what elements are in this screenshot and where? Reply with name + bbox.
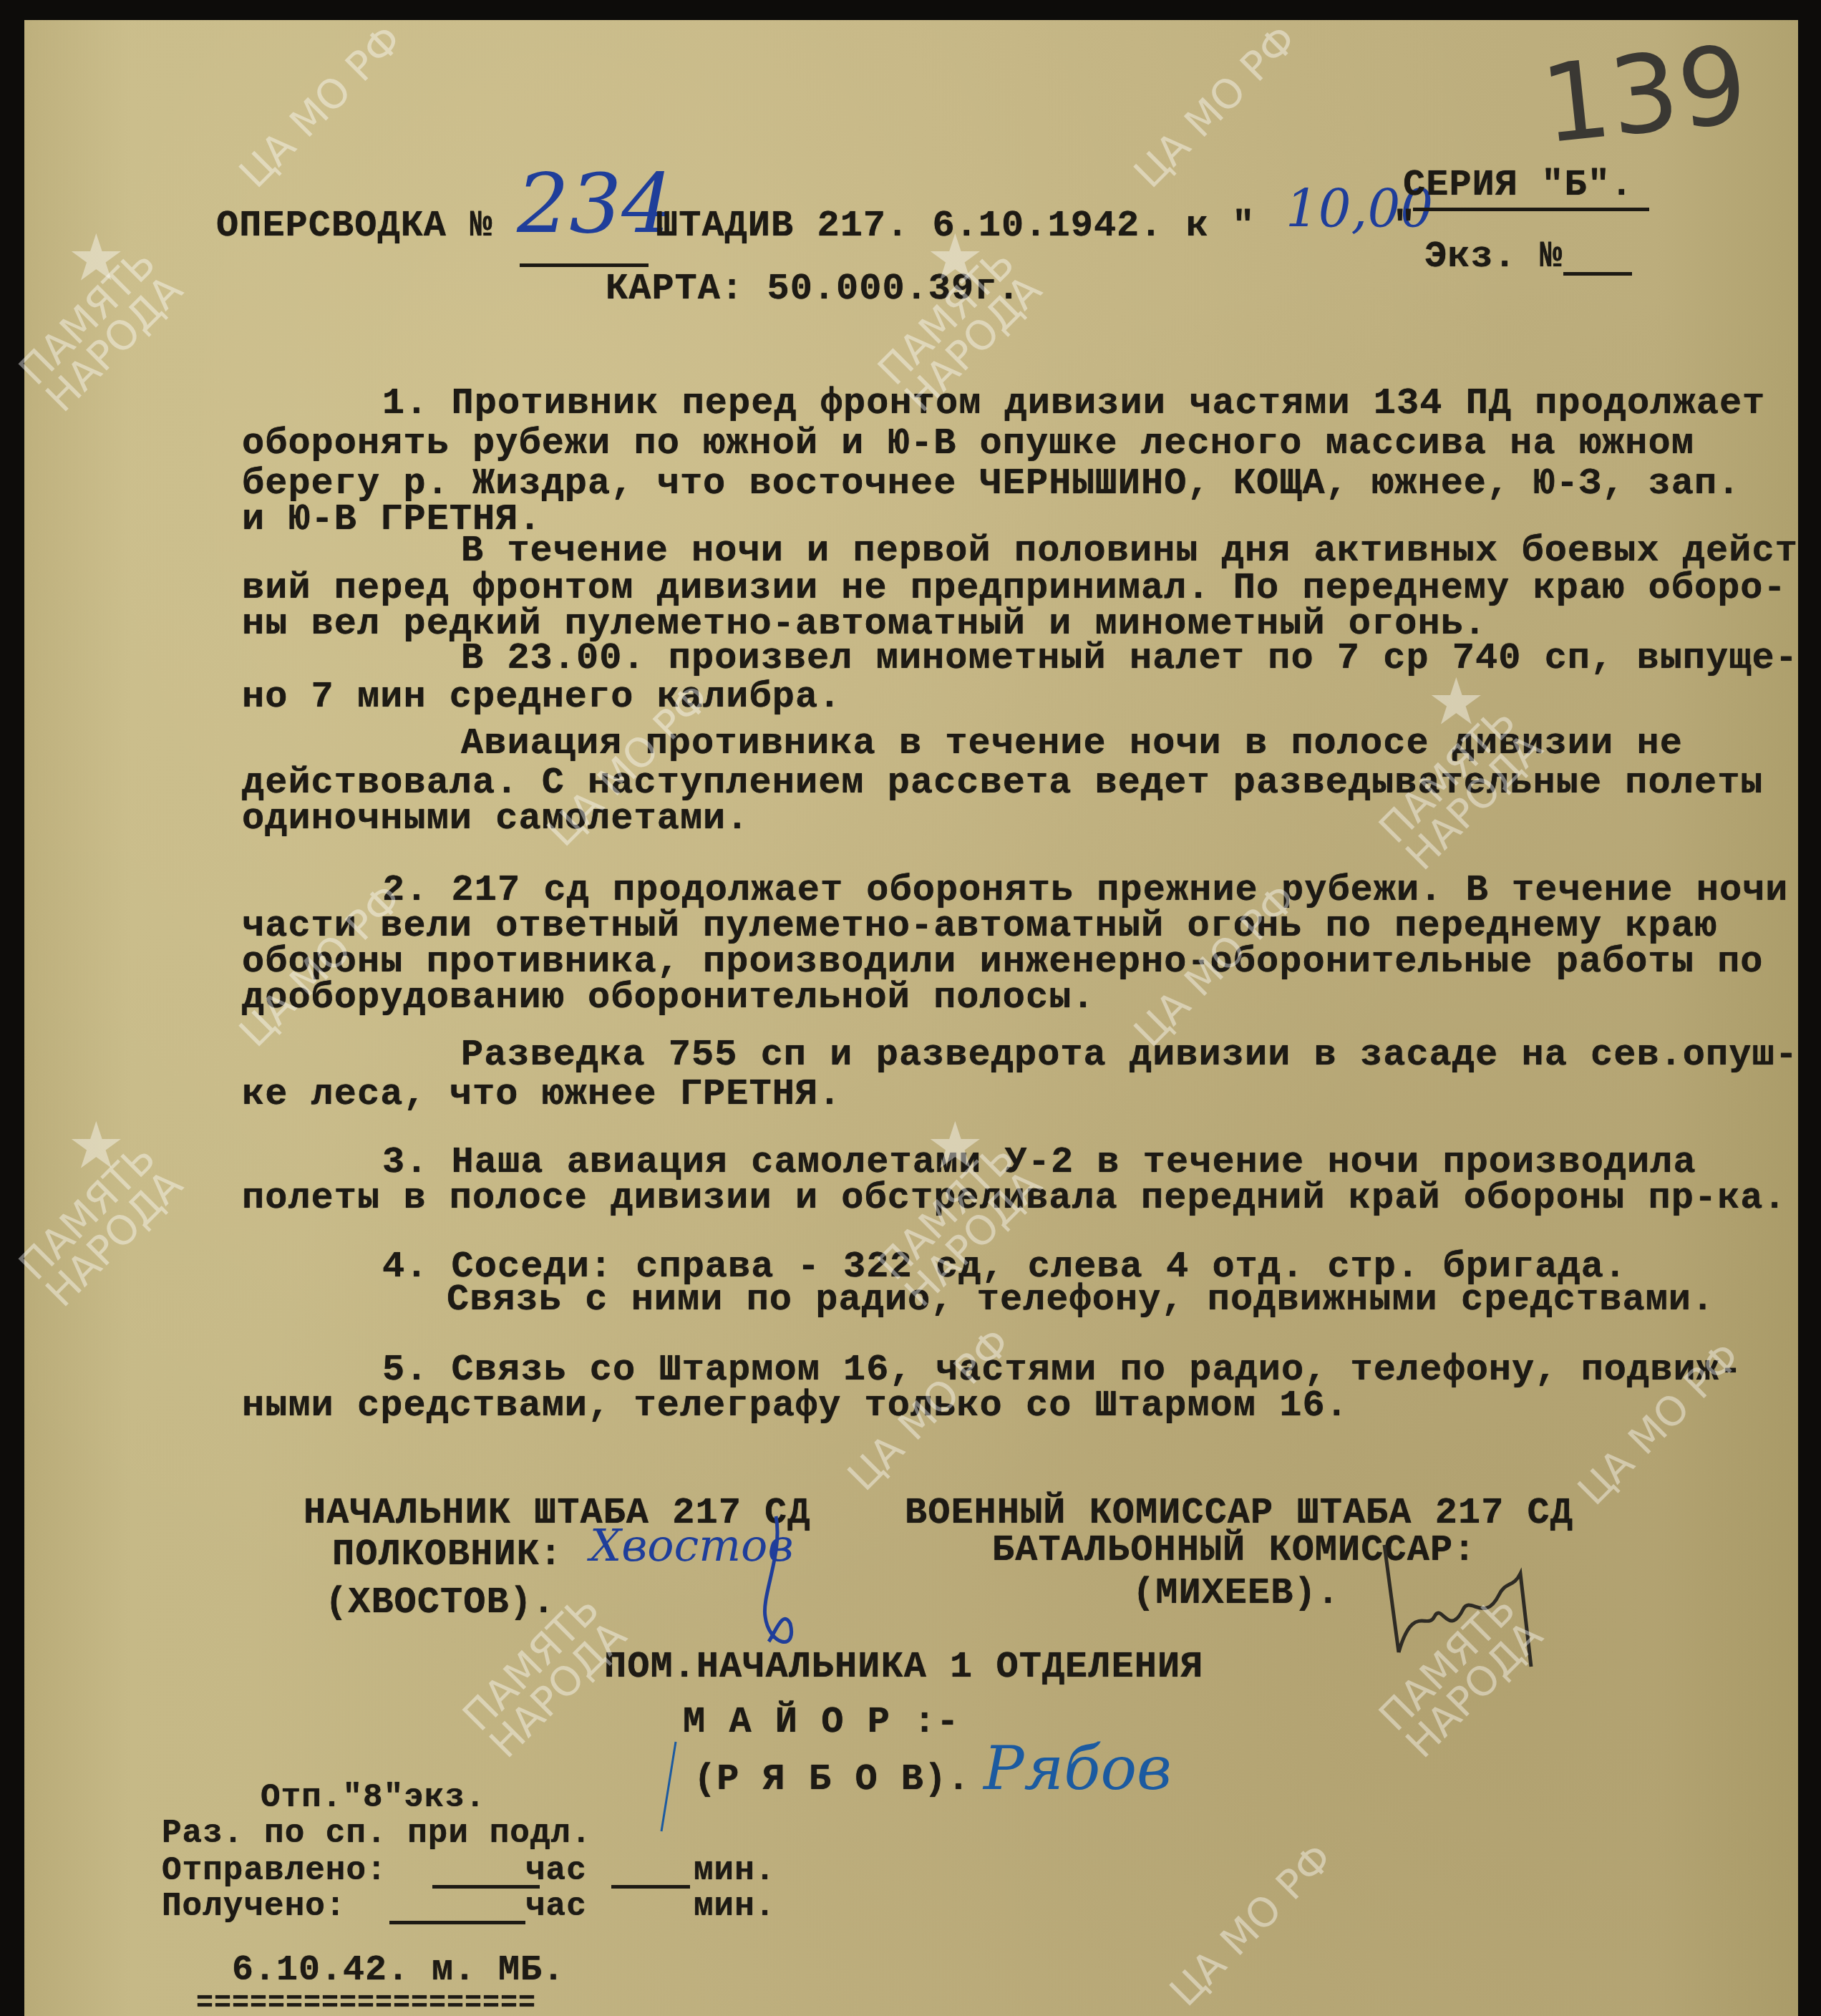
sent-hour-label: час <box>525 1854 587 1887</box>
watermark-archive: ЦА МО РФ <box>1128 19 1303 194</box>
body-line: оборонять рубежи по южной и Ю-В опушке л… <box>242 425 1694 462</box>
received-label: Получено: <box>162 1890 346 1923</box>
received-hour-label: час <box>525 1890 587 1923</box>
copies-count: Отп."8"экз. <box>261 1781 486 1814</box>
body-line: берегу р. Жиздра, что восточнее ЧЕРНЫШИН… <box>242 465 1740 503</box>
body-line: одиночными самолетами. <box>242 800 749 838</box>
signatory-center-title: ПОМ.НАЧАЛЬНИКА 1 ОТДЕЛЕНИЯ <box>604 1649 1203 1686</box>
body-line: ке леса, что южнее ГРЕТНЯ. <box>242 1076 841 1113</box>
page-number: 139 <box>1537 31 1752 159</box>
body-line: дооборудованию оборонительной полосы. <box>242 979 1095 1017</box>
received-hour-blank <box>389 1921 525 1924</box>
report-number-handwritten: 234 <box>517 163 674 246</box>
signatory-center-name: (Р Я Б О В). <box>694 1761 970 1798</box>
series-label: СЕРИЯ "Б". <box>1403 167 1633 204</box>
report-number-underline <box>520 263 649 267</box>
body-line: но 7 мин среднего калибра. <box>242 679 841 716</box>
footer-rule: =================== <box>196 1990 536 2016</box>
watermark-archive: ЦА МО РФ <box>1164 1838 1339 2012</box>
watermark-archive: ЦА МО РФ <box>233 19 408 194</box>
signatory-right-title: ВОЕННЫЙ КОМИССАР ШТАБА 217 СД <box>905 1495 1573 1532</box>
report-time-quote: " <box>1393 208 1416 245</box>
body-line: обороны противника, производили инженерн… <box>242 944 1764 981</box>
body-line: части вели ответный пулеметно-автоматный… <box>242 908 1717 945</box>
body-line: 3. Наша авиация самолетами У-2 в течение… <box>382 1144 1696 1181</box>
body-line: В течение ночи и первой половины дня акт… <box>461 533 1798 570</box>
sent-hour-blank <box>432 1885 540 1889</box>
body-line: 5. Связь со Штармом 16, частями по радио… <box>382 1352 1742 1389</box>
body-line: В 23.00. произвел минометный налет по 7 … <box>461 640 1798 677</box>
body-line: Разведка 755 сп и разведрота дивизии в з… <box>461 1037 1798 1074</box>
report-title-prefix: ОПЕРСВОДКА № <box>216 208 492 245</box>
sent-minute-blank <box>611 1885 690 1889</box>
typist-date-line: 6.10.42. м. МБ. <box>232 1953 565 1989</box>
distribution-note: Раз. по сп. при подл. <box>162 1817 592 1850</box>
signature-center: Рябов <box>984 1738 1172 1798</box>
body-line: вий перед фронтом дивизии не предпринима… <box>242 570 1787 607</box>
signature-left-stroke <box>733 1509 819 1659</box>
body-line: ными средствами, телеграфу только со Шта… <box>242 1387 1349 1425</box>
series-underline <box>1413 208 1649 211</box>
body-line: Связь с ними по радио, телефону, подвижн… <box>447 1281 1714 1319</box>
pen-mark <box>654 1738 683 1838</box>
signatory-left-name: (ХВОСТОВ). <box>325 1584 555 1622</box>
signatory-right-name: (МИХЕЕВ). <box>1132 1575 1340 1612</box>
signatory-center-rank: М А Й О Р :- <box>683 1704 959 1741</box>
sent-minute-label: мин. <box>694 1854 775 1887</box>
sent-label: Отправлено: <box>162 1854 387 1887</box>
copy-number-blank <box>1563 272 1632 276</box>
archival-document-page: 139 ОПЕРСВОДКА № 234 ШТАДИВ 217. 6.10.19… <box>24 20 1798 2016</box>
copy-number-label: Экз. № <box>1424 238 1563 276</box>
body-line: 2. 217 сд продолжает оборонять прежние р… <box>382 872 1789 909</box>
received-minute-label: мин. <box>694 1890 775 1923</box>
signatory-left-rank: ПОЛКОВНИК: <box>332 1536 563 1574</box>
body-line: 1. Противник перед фронтом дивизии частя… <box>382 385 1765 422</box>
